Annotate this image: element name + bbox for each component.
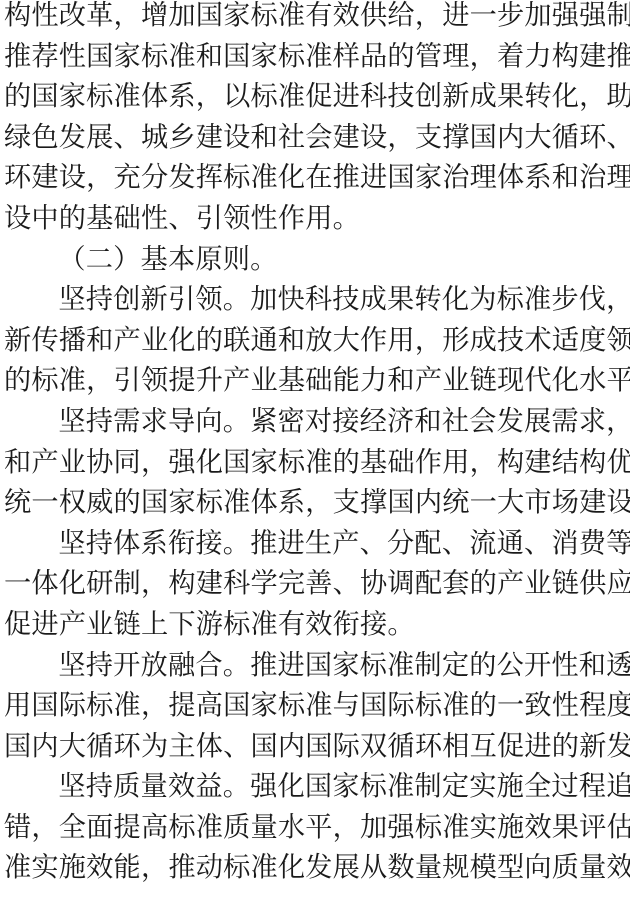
text-line: 坚持创新引领。加快科技成果转化为标准步伐，发挥标准对创 <box>4 280 624 321</box>
text-line: 一体化研制，构建科学完善、协调配套的产业链供应链标准体系， <box>4 564 624 605</box>
text-line: 的标准，引领提升产业基础能力和产业链现代化水平。 <box>4 361 624 402</box>
text-line: 推荐性国家标准和国家标准样品的管理，着力构建推动高质量发展 <box>4 37 624 78</box>
paragraph-principle-system: 坚持体系衔接。推进生产、分配、流通、消费等全产业链标准 一体化研制，构建科学完善… <box>4 524 624 646</box>
text-line: 国内大循环为主体、国内国际双循环相互促进的新发展格局。 <box>4 727 624 768</box>
text-line: 设中的基础性、引领性作用。 <box>4 199 624 240</box>
text-line: 坚持体系衔接。推进生产、分配、流通、消费等全产业链标准 <box>4 524 624 565</box>
paragraph-principle-demand: 坚持需求导向。紧密对接经济和社会发展需求，加强政府引导 和产业协同，强化国家标准… <box>4 402 624 524</box>
section-heading-basic-principles: （二）基本原则。 <box>4 240 624 281</box>
paragraph-principle-openness: 坚持开放融合。推进国家标准制定的公开性和透明度，积极采 用国际标准，提高国家标准… <box>4 646 624 768</box>
paragraph-principle-quality: 坚持质量效益。强化国家标准制定实施全过程追溯、监督和纠 错，全面提高标准质量水平… <box>4 767 624 889</box>
text-line: 坚持质量效益。强化国家标准制定实施全过程追溯、监督和纠 <box>4 767 624 808</box>
text-line: 的国家标准体系，以标准促进科技创新成果转化，助推产业升级、 <box>4 77 624 118</box>
text-line: 促进产业链上下游标准有效衔接。 <box>4 605 624 646</box>
text-line: 新传播和产业化的联通和放大作用，形成技术适度领先于产业发展 <box>4 321 624 362</box>
text-line: 统一权威的国家标准体系，支撑国内统一大市场建设。 <box>4 483 624 524</box>
text-line: 坚持开放融合。推进国家标准制定的公开性和透明度，积极采 <box>4 646 624 687</box>
text-line: 准实施效能，推动标准化发展从数量规模型向质量效益型转变。 <box>4 848 624 889</box>
paragraph-principle-innovation: 坚持创新引领。加快科技成果转化为标准步伐，发挥标准对创 新传播和产业化的联通和放… <box>4 280 624 402</box>
text-line: 和产业协同，强化国家标准的基础作用，构建结构优化、先进合理、 <box>4 443 624 484</box>
text-line: 用国际标准，提高国家标准与国际标准的一致性程度，支撑形成以 <box>4 686 624 727</box>
text-line: 环建设，充分发挥标准化在推进国家治理体系和治理能力现代化建 <box>4 158 624 199</box>
paragraph-overview-continued: 构性改革，增加国家标准有效供给，进一步加强强制性国家标准、 推荐性国家标准和国家… <box>4 0 624 240</box>
text-line: 绿色发展、城乡建设和社会建设，支撑国内大循环、国内国际双循 <box>4 118 624 159</box>
text-line: 构性改革，增加国家标准有效供给，进一步加强强制性国家标准、 <box>4 0 624 37</box>
document-page: 构性改革，增加国家标准有效供给，进一步加强强制性国家标准、 推荐性国家标准和国家… <box>0 0 630 889</box>
text-line: 错，全面提高标准质量水平，加强标准实施效果评估，提升国家标 <box>4 808 624 849</box>
heading-text: （二）基本原则。 <box>4 240 624 281</box>
text-line: 坚持需求导向。紧密对接经济和社会发展需求，加强政府引导 <box>4 402 624 443</box>
